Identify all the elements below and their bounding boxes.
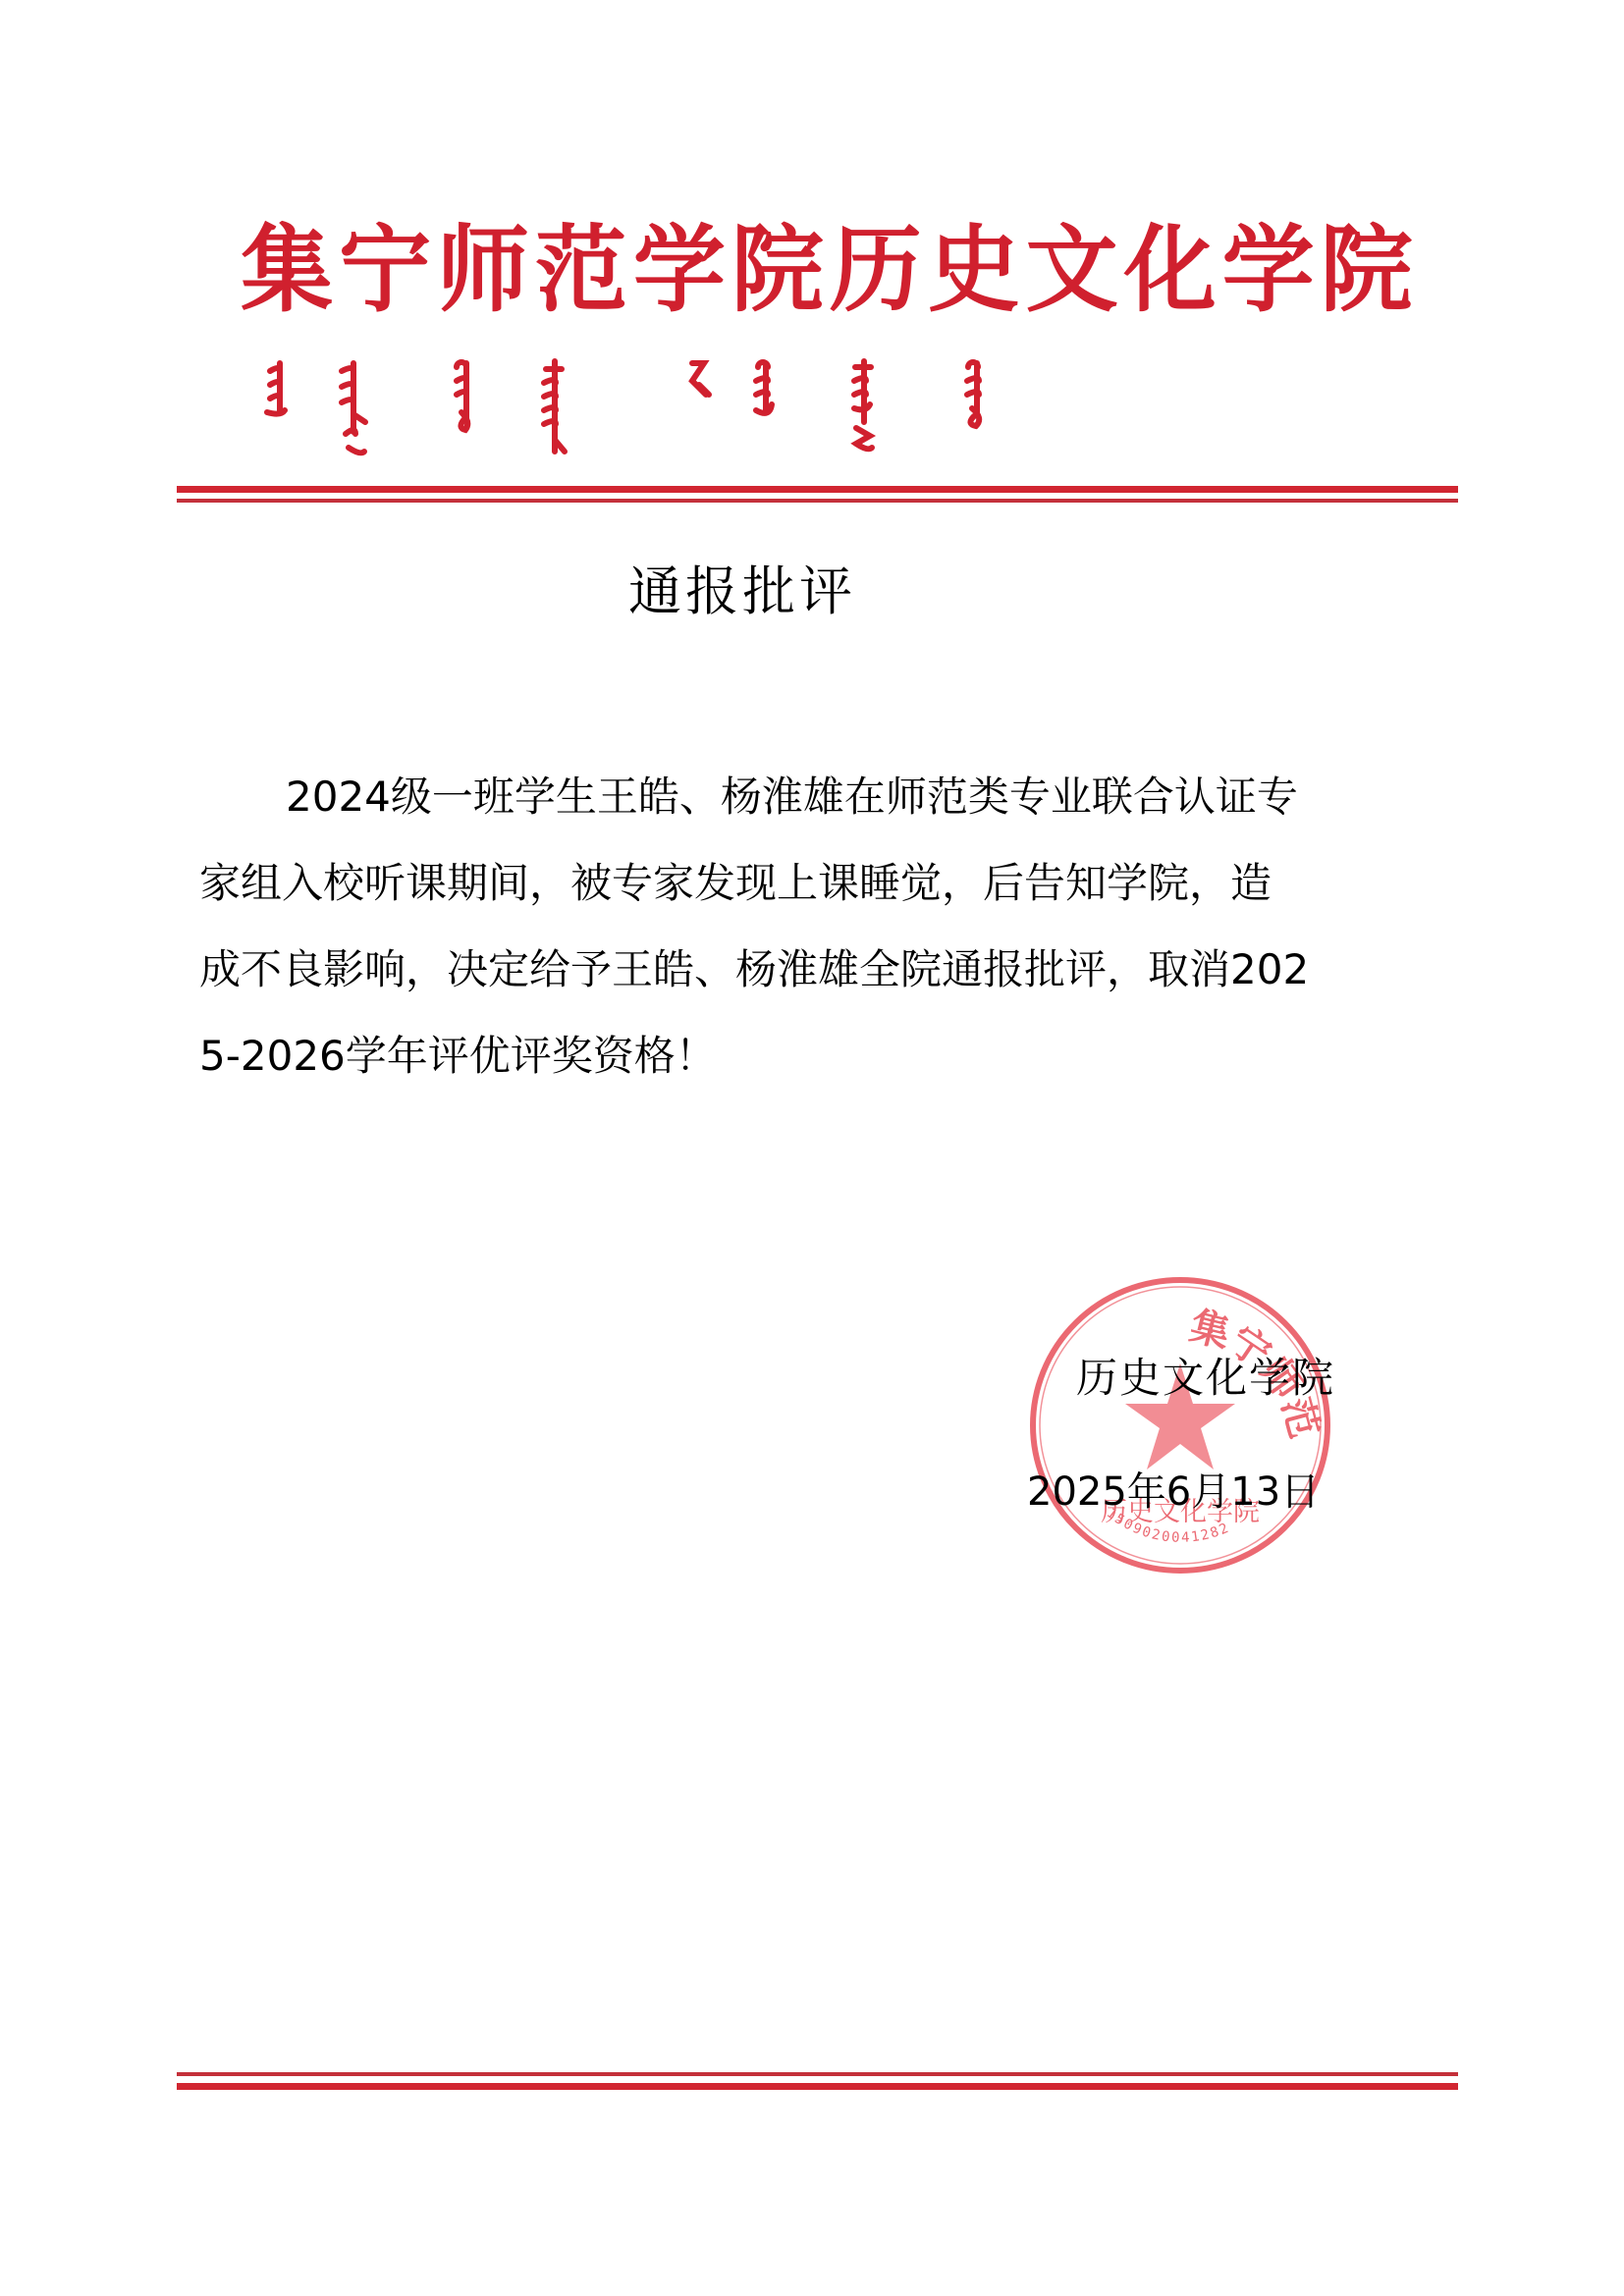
footer-rule-thick [177, 2083, 1458, 2090]
document-page: 集宁师范学院历史文化学院 通报批 [0, 0, 1624, 2296]
body-line-1: 2024级一班学生王皓、杨淮雄在师范类专业联合认证专 [199, 754, 1466, 840]
mongolian-script-title [255, 353, 1375, 471]
notice-body: 2024级一班学生王皓、杨淮雄在师范类专业联合认证专 家组入校听课期间，被专家发… [199, 754, 1466, 1099]
body-line-2: 家组入校听课期间，被专家发现上课睡觉，后告知学院，造 [199, 840, 1466, 927]
header-rule-thick [177, 486, 1458, 493]
official-seal: 集宁师范学院 历史文化学院 1509020041282 [1026, 1273, 1335, 1577]
body-line-3: 成不良影响，决定给予王皓、杨淮雄全院通报批评，取消202 [199, 927, 1466, 1013]
document-title: 通报批评 [628, 558, 856, 626]
letterhead-title: 集宁师范学院历史文化学院 [241, 211, 1376, 329]
header-rule-thin [177, 499, 1458, 503]
body-line-4: 5-2026学年评优评奖资格！ [199, 1013, 1466, 1099]
signature-date: 2025年6月13日 [1027, 1465, 1320, 1520]
signature-organization: 历史文化学院 [1076, 1351, 1335, 1406]
footer-rule-thin [177, 2072, 1458, 2076]
letterhead: 集宁师范学院历史文化学院 [241, 211, 1399, 329]
